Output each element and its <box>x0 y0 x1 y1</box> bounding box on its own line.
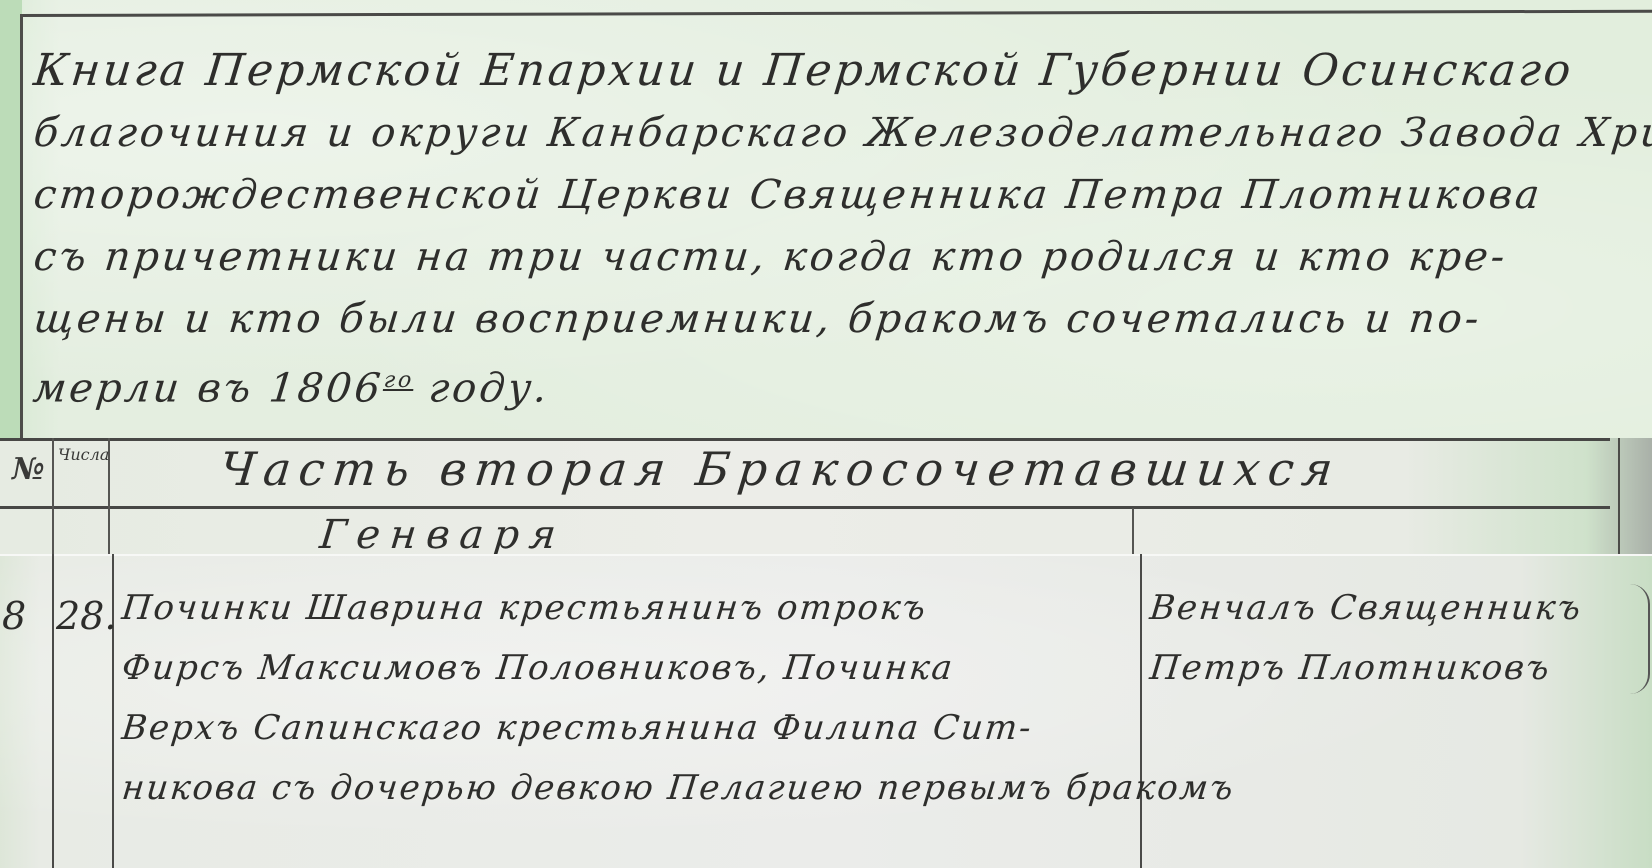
officiant-line-2: Петръ Плотниковъ <box>1147 638 1643 698</box>
entry-line-3: Верхъ Сапинскаго крестьянина Филипа Сит- <box>119 698 1135 758</box>
row-number: 8 <box>2 594 26 638</box>
year-tail: году. <box>427 365 552 411</box>
page-margin <box>0 0 22 438</box>
title-line-2: благочиния и округи Канбарскаго Железоде… <box>31 102 1638 164</box>
title-line-5: щены и кто были восприемники, бракомъ со… <box>31 288 1638 350</box>
title-line-6: мерли въ 1806го году. <box>31 350 1638 412</box>
column-mark-number: № <box>12 452 45 487</box>
scan-seam <box>0 554 1652 556</box>
column-divider-1 <box>52 554 54 868</box>
column-divider-right <box>1618 438 1620 554</box>
title-block: Книга Пермской Епархии и Пермской Губерн… <box>0 0 1652 438</box>
section-title: Часть вторая Бракосочетавшихся <box>217 442 1573 496</box>
title-line-6-text: мерли въ 1806 <box>31 365 386 411</box>
officiant-record: Венчалъ Священникъ Петръ Плотниковъ <box>1150 578 1640 698</box>
year-suffix: го <box>383 368 416 393</box>
entry-record: Починки Шаврина крестьянинъ отрокъ Фирсъ… <box>122 578 1132 818</box>
column-divider-3 <box>1132 508 1134 554</box>
officiant-line-1: Венчалъ Священникъ <box>1147 578 1643 638</box>
frame-rule-top <box>20 10 1652 17</box>
frame-rule-left <box>20 14 23 438</box>
header-rule-top <box>0 438 1610 441</box>
brace-mark <box>1630 584 1650 694</box>
column-divider-3 <box>1140 554 1142 868</box>
title-line-4: съ причетники на три части, когда кто ро… <box>31 226 1638 288</box>
column-mark-day: Числа <box>58 448 102 462</box>
title-line-3: сторождественской Церкви Священника Петр… <box>31 164 1638 226</box>
entry-line-4: никова съ дочерью девкою Пелагиею первым… <box>119 758 1135 818</box>
register-page: Книга Пермской Епархии и Пермской Губерн… <box>0 0 1652 868</box>
title-line-1: Книга Пермской Епархии и Пермской Губерн… <box>31 40 1638 102</box>
row-day: 28. <box>56 594 116 638</box>
entry-line-2: Фирсъ Максимовъ Половниковъ, Починка <box>119 638 1135 698</box>
month-label: Генваря <box>318 512 569 558</box>
title-text: Книга Пермской Епархии и Пермской Губерн… <box>34 40 1634 412</box>
table-header: № Числа Часть вторая Бракосочетавшихся Г… <box>0 438 1652 554</box>
column-divider-1 <box>52 438 54 554</box>
header-rule-bottom <box>0 506 1610 509</box>
entry-line-1: Починки Шаврина крестьянинъ отрокъ <box>119 578 1135 638</box>
entries-table: 8 28. Починки Шаврина крестьянинъ отрокъ… <box>0 554 1652 868</box>
